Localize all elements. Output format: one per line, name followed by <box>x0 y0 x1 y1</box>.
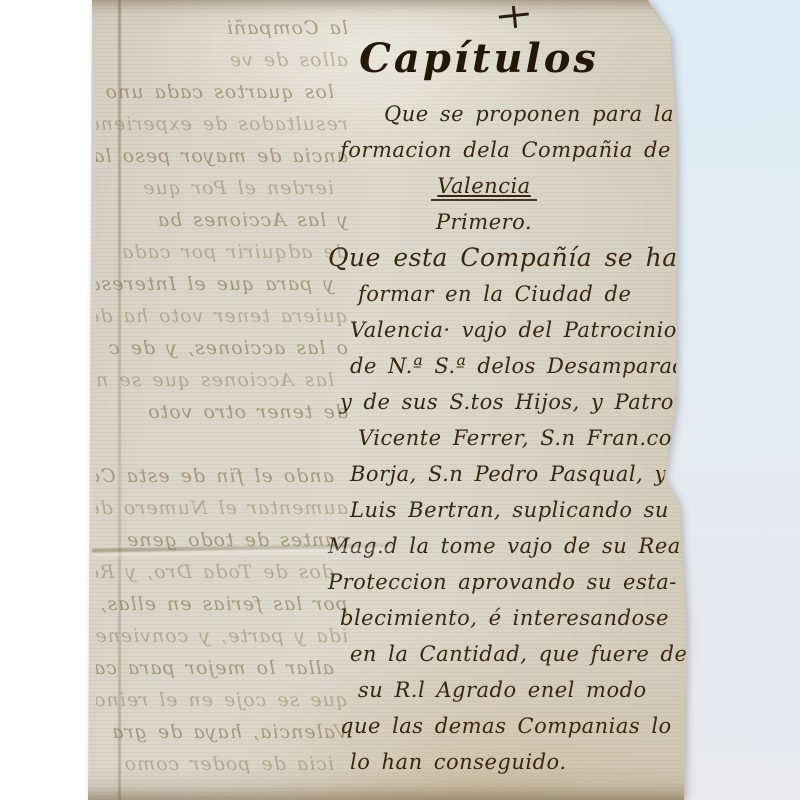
bleedthrough-line: y las Acciones ba <box>96 204 348 236</box>
bleedthrough-line: la Compañi <box>96 12 348 44</box>
bleedthrough-line: que se coje en el reino <box>96 684 348 716</box>
body-line: y de sus S.tos Hijos, y Patronos S.n <box>340 384 700 420</box>
heading-line: formacion dela Compañia de <box>340 132 700 168</box>
bleedthrough-line: ierden el Por que <box>96 172 348 204</box>
body-line: Vicente Ferrer, S.n Fran.co de <box>358 420 700 456</box>
body-line: Luis Bertran, suplicando su <box>350 492 700 528</box>
manuscript-text: Capítulos Que se proponen para la formac… <box>328 28 700 780</box>
place-name-line: Valencia <box>328 168 640 204</box>
body-line: Proteccion aprovando su esta- <box>328 564 700 600</box>
bleedthrough-line: ida y parte, y convienen <box>96 620 348 652</box>
bleedthrough-line: ancia de mayor peso la <box>96 140 348 172</box>
bleedthrough-line: quiera tener voto ha de <box>96 300 348 332</box>
body-line: blecimiento, é interesandose <box>340 600 700 636</box>
body-line: Borja, S.n Pedro Pasqual, y S. <box>350 456 700 492</box>
bleedthrough-line: dos de Toda Dro, y Rest <box>96 556 348 588</box>
bleedthrough-text: la Compañi allos de ve los quartos cada … <box>96 12 348 798</box>
body-line: Valencia· vajo del Patrocinio <box>350 312 700 348</box>
body-line: que las demas Companias lo <box>340 708 700 744</box>
page-shadow-wrap: la Compañi allos de ve los quartos cada … <box>0 0 800 800</box>
body-line: formar en la Ciudad de <box>358 276 700 312</box>
bleedthrough-line: icia de poder como <box>96 748 348 780</box>
bleedthrough-line: allos de ve <box>96 44 348 76</box>
bleedthrough-line: y para que el Interesado <box>96 268 348 300</box>
bleedthrough-line: de adquirir por cada <box>96 236 348 268</box>
body-line: lo han conseguido. <box>350 744 700 780</box>
bleedthrough-line: aumentar el Numero de A <box>96 492 348 524</box>
bleedthrough-line: los quartos cada uno <box>96 76 348 108</box>
vertical-fold-crease <box>118 0 121 800</box>
bleedthrough-line: Valencia, haya de gra <box>96 716 348 748</box>
bleedthrough-line: las Acciones que se necesitan <box>96 364 348 396</box>
body-line: en la Cantidad, que fuere de <box>350 636 700 672</box>
bleedthrough-line: resultados de experiencia <box>96 108 348 140</box>
body-line: de N.ª S.ª delos Desamparados, <box>350 348 700 384</box>
bleedthrough-line <box>96 428 348 460</box>
section-heading: Primero. <box>328 204 640 240</box>
bleedthrough-line: ando el fin de esta Com <box>96 460 348 492</box>
page-title: Capítulos <box>328 28 630 96</box>
heading-line: Que se proponen para la <box>384 96 700 132</box>
body-line: Que esta Compañía se ha de <box>328 240 700 276</box>
body-line: su R.l Agrado enel modo <box>358 672 700 708</box>
place-name: Valencia <box>431 174 536 201</box>
bleedthrough-line: por las ferias en ellas, y <box>96 588 348 620</box>
manuscript-photo: la Compañi allos de ve los quartos cada … <box>0 0 800 800</box>
bleedthrough-line: o las acciones, y de c <box>96 332 348 364</box>
cross-icon <box>498 4 530 29</box>
manuscript-page: la Compañi allos de ve los quartos cada … <box>0 0 800 800</box>
bleedthrough-line: de tener otro voto <box>96 396 348 428</box>
bleedthrough-line: allar lo mejor para cada <box>96 652 348 684</box>
